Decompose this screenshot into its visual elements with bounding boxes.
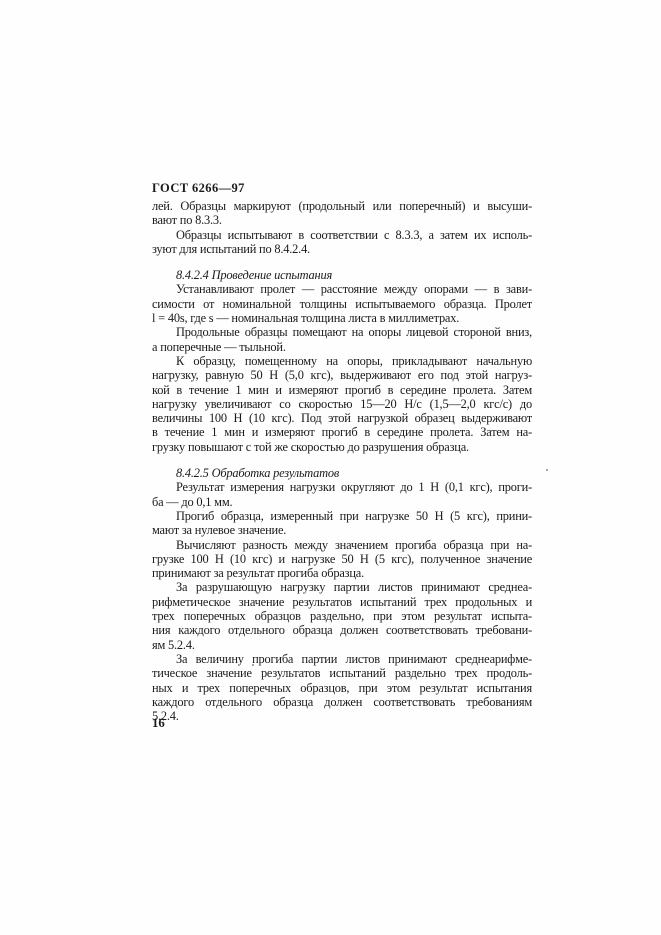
text-line: нагрузку, равную 50 Н (5,0 кгс), выдержи…: [152, 368, 532, 382]
text-line: каждого отдельного образца должен соотве…: [152, 695, 532, 709]
text-line: Продольные образцы помещают на опоры лиц…: [152, 325, 532, 339]
text-line: кой в течение 1 мин и измеряют прогиб в …: [152, 383, 532, 397]
body-paragraph: За разрушающую нагрузку партии листов пр…: [152, 580, 532, 651]
page-number: 16: [152, 716, 165, 731]
text-line: ния каждого отдельного образца должен со…: [152, 623, 532, 637]
body-paragraph: Продольные образцы помещают на опоры лиц…: [152, 325, 532, 354]
text-line: величины 100 Н (10 кгс). Под этой нагруз…: [152, 411, 532, 425]
body-paragraph: Устанавливают пролет — расстояние между …: [152, 282, 532, 325]
text-line: мают за нулевое значение.: [152, 523, 532, 537]
text-line: l = 40s, где s — номинальная толщина лис…: [152, 311, 532, 325]
text-line: в течение 1 мин и измеряют прогиб в сере…: [152, 425, 532, 439]
text-line: ям 5.2.4.: [152, 638, 532, 652]
text-line: симости от номинальной толщины испытывае…: [152, 297, 532, 311]
text-line: Результат измерения нагрузки округляют д…: [152, 480, 532, 494]
text-line: грузку повышают с той же скоростью до ра…: [152, 440, 532, 454]
body-paragraph: лей. Образцы маркируют (продольный или п…: [152, 199, 532, 228]
text-block: лей. Образцы маркируют (продольный или п…: [152, 199, 532, 723]
text-line: трех поперечных образцов раздельно, при …: [152, 609, 532, 623]
section-heading: 8.4.2.5 Обработка результатов: [152, 466, 532, 480]
scan-speck: [546, 469, 548, 471]
body-paragraph: Прогиб образца, измеренный при нагрузке …: [152, 509, 532, 538]
text-line: зуют для испытаний по 8.4.2.4.: [152, 242, 532, 256]
document-header: ГОСТ 6266—97: [152, 181, 245, 196]
text-line: ных и трех поперечных образцов, при этом…: [152, 681, 532, 695]
body-paragraph: Образцы испытывают в соответствии с 8.3.…: [152, 228, 532, 257]
text-line: вают по 8.3.3.: [152, 213, 532, 227]
body-paragraph: За величину прогиба партии листов приним…: [152, 652, 532, 723]
document-page: ГОСТ 6266—97 лей. Образцы маркируют (про…: [0, 0, 661, 935]
text-line: рифметическое значение результатов испыт…: [152, 595, 532, 609]
text-line: грузке 100 Н (10 кгс) и нагрузке 50 Н (5…: [152, 552, 532, 566]
text-line: Образцы испытывают в соответствии с 8.3.…: [152, 228, 532, 242]
section-heading: 8.4.2.4 Проведение испытания: [152, 268, 532, 282]
text-line: Прогиб образца, измеренный при нагрузке …: [152, 509, 532, 523]
text-line: лей. Образцы маркируют (продольный или п…: [152, 199, 532, 213]
text-line: ба — до 0,1 мм.: [152, 495, 532, 509]
body-paragraph: Результат измерения нагрузки округляют д…: [152, 480, 532, 509]
text-line: а поперечные — тыльной.: [152, 340, 532, 354]
text-line: нагрузку увеличивают со скоростью 15—20 …: [152, 397, 532, 411]
scan-speck: [252, 664, 254, 666]
text-line: Вычисляют разность между значением проги…: [152, 538, 532, 552]
text-line: К образцу, помещенному на опоры, приклад…: [152, 354, 532, 368]
body-paragraph: К образцу, помещенному на опоры, приклад…: [152, 354, 532, 454]
text-line: тическое значение результатов испытаний …: [152, 666, 532, 680]
text-line: 5.2.4.: [152, 709, 532, 723]
text-line: Устанавливают пролет — расстояние между …: [152, 282, 532, 296]
text-line: За величину прогиба партии листов приним…: [152, 652, 532, 666]
body-paragraph: Вычисляют разность между значением проги…: [152, 538, 532, 581]
text-line: За разрушающую нагрузку партии листов пр…: [152, 580, 532, 594]
text-line: принимают за результат прогиба образца.: [152, 566, 532, 580]
